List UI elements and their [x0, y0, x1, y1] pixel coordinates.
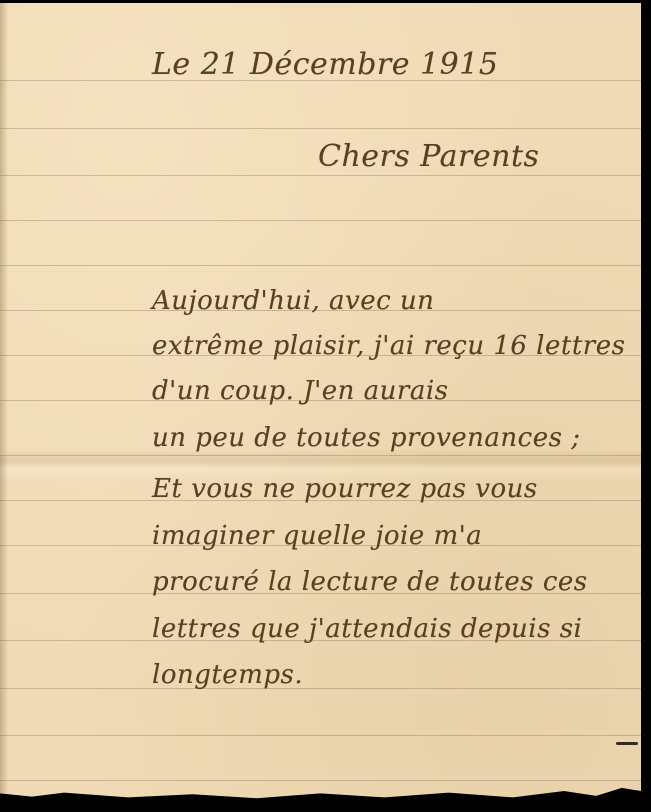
ruled-line	[0, 455, 641, 456]
letter-body-line: d'un coup. J'en aurais	[152, 376, 448, 406]
letter-body-line: lettres que j'attendais depuis si	[152, 614, 582, 644]
letter-salutation: Chers Parents	[318, 139, 539, 174]
letter-body-line: extrême plaisir, j'ai reçu 16 lettres	[152, 331, 625, 361]
letter-body-line: longtemps.	[152, 660, 303, 690]
ink-mark	[616, 742, 638, 745]
letter-date: Le 21 Décembre 1915	[152, 47, 498, 82]
ruled-line	[0, 688, 641, 689]
ruled-line	[0, 220, 641, 221]
ruled-line	[0, 780, 641, 781]
letter-page: Le 21 Décembre 1915 Chers Parents Aujour…	[0, 3, 641, 799]
ruled-line	[0, 128, 641, 129]
letter-body-line: procuré la lecture de toutes ces	[152, 567, 588, 597]
page-edge-shadow	[0, 3, 8, 799]
letter-body-line: Et vous ne pourrez pas vous	[152, 474, 538, 504]
letter-body-line: un peu de toutes provenances ;	[152, 423, 581, 453]
letter-body-line: imaginer quelle joie m'a	[152, 521, 482, 551]
ruled-line	[0, 265, 641, 266]
ruled-line	[0, 175, 641, 176]
ruled-line	[0, 735, 641, 736]
letter-body-line: Aujourd'hui, avec un	[152, 286, 434, 316]
